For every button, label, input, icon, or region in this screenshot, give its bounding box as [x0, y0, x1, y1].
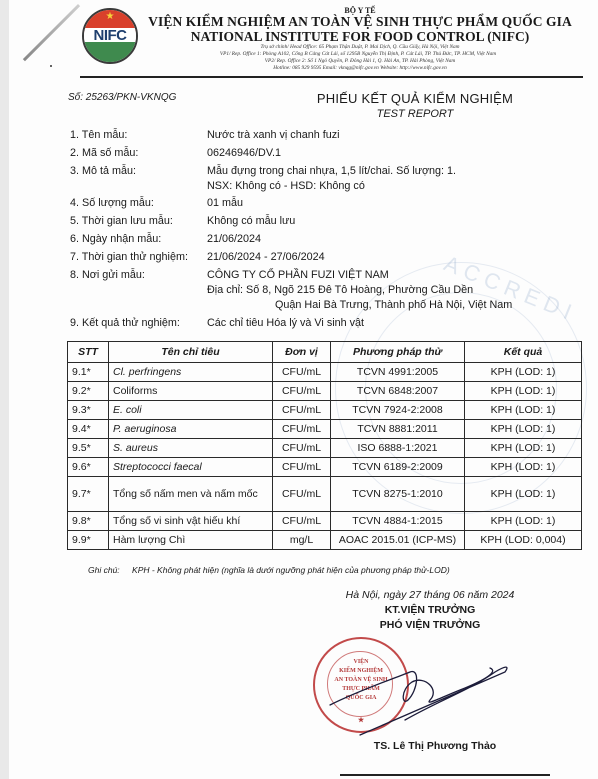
table-row: 9.7*Tổng số nấm men và nấm mốcCFU/mLTCVN…	[68, 477, 582, 512]
stamp-line: QUỐC GIA	[315, 695, 407, 702]
star-icon: ★	[84, 12, 136, 22]
cell-method: AOAC 2015.01 (ICP-MS)	[331, 531, 465, 550]
head-office-address: Trụ sở chính/ Head Office: 65 Phạm Thận …	[140, 44, 580, 50]
cell-unit: CFU/mL	[273, 458, 331, 477]
cell-unit: CFU/mL	[273, 382, 331, 401]
info-label: 1. Tên mẫu:	[70, 128, 127, 142]
info-value: Không có mẫu lưu	[207, 214, 295, 228]
cell-result: KPH (LOD: 1)	[465, 477, 582, 512]
rep-office-1-address: VP1/ Rep. Office 1: Phòng A102, Cổng B C…	[118, 51, 598, 57]
scan-margin	[0, 0, 9, 779]
cell-result: KPH (LOD: 1)	[465, 363, 582, 382]
cell-name: Tổng số vi sinh vật hiếu khí	[109, 512, 273, 531]
info-value: 01 mẫu	[207, 196, 243, 210]
cell-unit: CFU/mL	[273, 512, 331, 531]
info-label: 9. Kết quả thử nghiệm:	[70, 316, 180, 330]
scan-fold-mark	[23, 4, 80, 61]
document-title: PHIẾU KẾT QUẢ KIỂM NGHIỆM	[280, 91, 550, 106]
info-label: 7. Thời gian thử nghiệm:	[70, 250, 188, 264]
cell-name: S. aureus	[109, 439, 273, 458]
info-value: 21/06/2024 - 27/06/2024	[207, 250, 325, 264]
table-row: 9.3*E. coliCFU/mLTCVN 7924-2:2008KPH (LO…	[68, 401, 582, 420]
col-header-name: Tên chỉ tiêu	[109, 342, 273, 363]
info-label: 8. Nơi gửi mẫu:	[70, 268, 145, 282]
cell-result: KPH (LOD: 1)	[465, 439, 582, 458]
cell-method: ISO 6888-1:2021	[331, 439, 465, 458]
cell-method: TCVN 8881:2011	[331, 420, 465, 439]
cell-result: KPH (LOD: 1)	[465, 458, 582, 477]
cell-stt: 9.1*	[68, 363, 109, 382]
table-body: 9.1*Cl. perfringensCFU/mLTCVN 4991:2005K…	[68, 363, 582, 550]
info-value: Địa chỉ: Số 8, Ngõ 215 Đê Tô Hoàng, Phườ…	[207, 283, 473, 297]
stamp-line: KIỂM NGHIỆM	[315, 668, 407, 675]
document-subtitle: TEST REPORT	[280, 108, 550, 120]
cell-name: P. aeruginosa	[109, 420, 273, 439]
info-value: CÔNG TY CỔ PHẦN FUZI VIỆT NAM	[207, 268, 389, 282]
cell-result: KPH (LOD: 1)	[465, 420, 582, 439]
institute-name-vn: VIỆN KIỂM NGHIỆM AN TOÀN VỆ SINH THỰC PH…	[140, 14, 580, 30]
stamp-line: VIỆN	[315, 659, 407, 666]
contact-line: Hotline: 085 929 9595 Email: vknqg@nifc.…	[140, 65, 580, 71]
cell-method: TCVN 4884-1:2015	[331, 512, 465, 531]
institute-name-en: NATIONAL INSTITUTE FOR FOOD CONTROL (NIF…	[140, 29, 580, 45]
info-value: Nước trà xanh vị chanh fuzi	[207, 128, 340, 142]
cell-name: Streptococci faecal	[109, 458, 273, 477]
cell-stt: 9.7*	[68, 477, 109, 512]
signer-title-2: PHÓ VIỆN TRƯỞNG	[300, 619, 560, 631]
info-value: 21/06/2024	[207, 232, 261, 246]
cell-result: KPH (LOD: 1)	[465, 512, 582, 531]
table-row: 9.5*S. aureusCFU/mLISO 6888-1:2021KPH (L…	[68, 439, 582, 458]
info-value: NSX: Không có - HSD: Không có	[207, 179, 365, 193]
cell-result: KPH (LOD: 0,004)	[465, 531, 582, 550]
cell-method: TCVN 7924-2:2008	[331, 401, 465, 420]
table-header-row: STT Tên chỉ tiêu Đơn vị Phương pháp thử …	[68, 342, 582, 363]
cell-method: TCVN 6848:2007	[331, 382, 465, 401]
col-header-unit: Đơn vị	[273, 342, 331, 363]
cell-stt: 9.2*	[68, 382, 109, 401]
info-label: 4. Số lượng mẫu:	[70, 196, 154, 210]
table-row: 9.2*ColiformsCFU/mLTCVN 6848:2007KPH (LO…	[68, 382, 582, 401]
info-value: Quận Hai Bà Trưng, Thành phố Hà Nội, Việ…	[275, 298, 512, 312]
signer-name: TS. Lê Thị Phương Thảo	[305, 740, 565, 752]
bottom-divider	[340, 774, 550, 776]
table-row: 9.1*Cl. perfringensCFU/mLTCVN 4991:2005K…	[68, 363, 582, 382]
signer-title-1: KT.VIỆN TRƯỞNG	[300, 604, 560, 616]
table-row: 9.9*Hàm lượng Chìmg/LAOAC 2015.01 (ICP-M…	[68, 531, 582, 550]
col-header-result: Kết quả	[465, 342, 582, 363]
scan-speck	[50, 65, 52, 67]
stamp-line: THỰC PHẨM	[315, 686, 407, 693]
header-divider	[80, 76, 583, 78]
cell-unit: CFU/mL	[273, 439, 331, 458]
cell-name: Tổng số nấm men và nấm mốc	[109, 477, 273, 512]
results-table: STT Tên chỉ tiêu Đơn vị Phương pháp thử …	[67, 341, 582, 550]
official-stamp: VIỆN KIỂM NGHIỆM AN TOÀN VỆ SINH THỰC PH…	[313, 637, 409, 733]
cell-name: E. coli	[109, 401, 273, 420]
cell-result: KPH (LOD: 1)	[465, 401, 582, 420]
stamp-line: AN TOÀN VỆ SINH	[315, 677, 407, 684]
col-header-stt: STT	[68, 342, 109, 363]
table-row: 9.4*P. aeruginosaCFU/mLTCVN 8881:2011KPH…	[68, 420, 582, 439]
cell-method: TCVN 8275-1:2010	[331, 477, 465, 512]
footnote-text: KPH - Không phát hiện (nghĩa là dưới ngư…	[132, 565, 450, 575]
info-label: 2. Mã số mẫu:	[70, 146, 138, 160]
cell-name: Coliforms	[109, 382, 273, 401]
table-row: 9.6*Streptococci faecalCFU/mLTCVN 6189-2…	[68, 458, 582, 477]
document-number: Số: 25263/PKN-VKNQG	[68, 92, 176, 103]
cell-result: KPH (LOD: 1)	[465, 382, 582, 401]
cell-name: Hàm lượng Chì	[109, 531, 273, 550]
cell-unit: mg/L	[273, 531, 331, 550]
footnote-label: Ghi chú:	[88, 565, 120, 575]
footnote: Ghi chú: KPH - Không phát hiện (nghĩa là…	[88, 565, 450, 575]
cell-method: TCVN 4991:2005	[331, 363, 465, 382]
info-value: 06246946/DV.1	[207, 146, 281, 160]
info-label: 5. Thời gian lưu mẫu:	[70, 214, 173, 228]
info-value: Mẫu đựng trong chai nhựa, 1,5 lít/chai. …	[207, 164, 456, 178]
info-label: 3. Mô tả mẫu:	[70, 164, 136, 178]
cell-stt: 9.3*	[68, 401, 109, 420]
cell-stt: 9.6*	[68, 458, 109, 477]
cell-stt: 9.4*	[68, 420, 109, 439]
cell-unit: CFU/mL	[273, 420, 331, 439]
table-row: 9.8*Tổng số vi sinh vật hiếu khíCFU/mLTC…	[68, 512, 582, 531]
info-label: 6. Ngày nhận mẫu:	[70, 232, 161, 246]
stamp-star-icon: ★	[315, 717, 407, 724]
rep-office-2-address: VP2/ Rep. Office 2: Số 1 Ngô Quyền, P. Đ…	[140, 58, 580, 64]
cell-unit: CFU/mL	[273, 363, 331, 382]
info-value: Các chỉ tiêu Hóa lý và Vi sinh vật	[207, 316, 364, 330]
cell-unit: CFU/mL	[273, 477, 331, 512]
cell-stt: 9.9*	[68, 531, 109, 550]
cell-method: TCVN 6189-2:2009	[331, 458, 465, 477]
col-header-method: Phương pháp thử	[331, 342, 465, 363]
cell-stt: 9.8*	[68, 512, 109, 531]
place-and-date: Hà Nội, ngày 27 tháng 06 năm 2024	[300, 589, 560, 601]
cell-name: Cl. perfringens	[109, 363, 273, 382]
cell-unit: CFU/mL	[273, 401, 331, 420]
cell-stt: 9.5*	[68, 439, 109, 458]
